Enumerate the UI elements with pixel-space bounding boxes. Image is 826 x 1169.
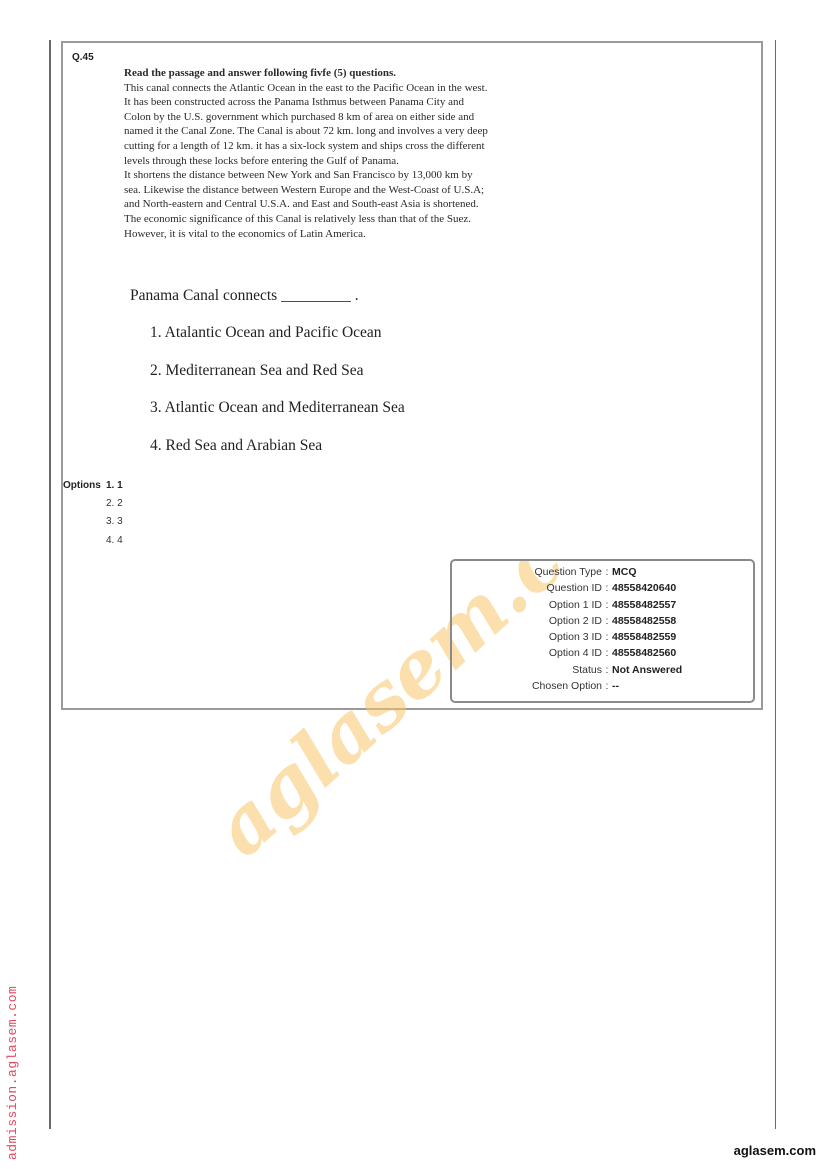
meta-row: Question Type:MCQ — [450, 566, 755, 582]
passage-body: This canal connects the Atlantic Ocean i… — [124, 81, 554, 242]
meta-value: 48558482558 — [612, 615, 676, 631]
meta-label: Option 4 ID — [450, 647, 602, 663]
passage: Read the passage and answer following fi… — [124, 66, 554, 241]
meta-label: Chosen Option — [450, 680, 602, 696]
question-meta-table: Question Type:MCQQuestion ID:48558420640… — [450, 566, 755, 696]
passage-line: cutting for a length of 12 km. it has a … — [124, 139, 554, 154]
option-item: 1. 1 — [106, 480, 123, 498]
passage-line: and North-eastern and Central U.S.A. and… — [124, 197, 554, 212]
meta-separator: : — [602, 664, 612, 680]
answer-choice: 3. Atlantic Ocean and Mediterranean Sea — [150, 399, 405, 437]
meta-separator: : — [602, 615, 612, 631]
meta-label: Question ID — [450, 582, 602, 598]
passage-line: It has been constructed across the Panam… — [124, 95, 554, 110]
meta-label: Status — [450, 664, 602, 680]
answer-choice: 2. Mediterranean Sea and Red Sea — [150, 362, 405, 400]
meta-row: Option 1 ID:48558482557 — [450, 599, 755, 615]
passage-line: Colon by the U.S. government which purch… — [124, 110, 554, 125]
page-border-right — [775, 40, 776, 1129]
meta-value: 48558482557 — [612, 599, 676, 615]
options-list: 1. 12. 23. 34. 4 — [106, 480, 123, 553]
answer-choice: 4. Red Sea and Arabian Sea — [150, 437, 405, 475]
meta-row: Option 4 ID:48558482560 — [450, 647, 755, 663]
meta-label: Option 3 ID — [450, 631, 602, 647]
meta-row: Question ID:48558420640 — [450, 582, 755, 598]
meta-separator: : — [602, 680, 612, 696]
question-number: Q.45 — [72, 52, 94, 63]
option-item: 2. 2 — [106, 498, 123, 516]
meta-row: Chosen Option:-- — [450, 680, 755, 696]
passage-heading: Read the passage and answer following fi… — [124, 66, 554, 81]
side-url-watermark: admission.aglasem.com — [5, 986, 20, 1160]
meta-label: Option 1 ID — [450, 599, 602, 615]
meta-value: -- — [612, 680, 619, 696]
meta-value: 48558482560 — [612, 647, 676, 663]
footer-brand: aglasem.com — [734, 1143, 816, 1158]
meta-row: Option 2 ID:48558482558 — [450, 615, 755, 631]
passage-line: sea. Likewise the distance between Weste… — [124, 183, 554, 198]
meta-label: Option 2 ID — [450, 615, 602, 631]
meta-separator: : — [602, 647, 612, 663]
meta-separator: : — [602, 582, 612, 598]
passage-line: However, it is vital to the economics of… — [124, 227, 554, 242]
meta-separator: : — [602, 566, 612, 582]
passage-line: The economic significance of this Canal … — [124, 212, 554, 227]
passage-line: This canal connects the Atlantic Ocean i… — [124, 81, 554, 96]
meta-separator: : — [602, 599, 612, 615]
options-label: Options — [63, 480, 101, 491]
option-item: 3. 3 — [106, 516, 123, 534]
meta-value: Not Answered — [612, 664, 682, 680]
passage-line: It shortens the distance between New Yor… — [124, 168, 554, 183]
answer-choices: 1. Atalantic Ocean and Pacific Ocean2. M… — [150, 324, 405, 474]
meta-separator: : — [602, 631, 612, 647]
meta-row: Option 3 ID:48558482559 — [450, 631, 755, 647]
answer-choice: 1. Atalantic Ocean and Pacific Ocean — [150, 324, 405, 362]
passage-line: named it the Canal Zone. The Canal is ab… — [124, 124, 554, 139]
meta-label: Question Type — [450, 566, 602, 582]
passage-line: levels through these locks before enteri… — [124, 154, 554, 169]
meta-value: 48558482559 — [612, 631, 676, 647]
meta-value: 48558420640 — [612, 582, 676, 598]
question-stem: Panama Canal connects _________ . — [130, 287, 359, 305]
page-border-left — [49, 40, 51, 1129]
meta-row: Status:Not Answered — [450, 664, 755, 680]
option-item: 4. 4 — [106, 535, 123, 553]
meta-value: MCQ — [612, 566, 637, 582]
